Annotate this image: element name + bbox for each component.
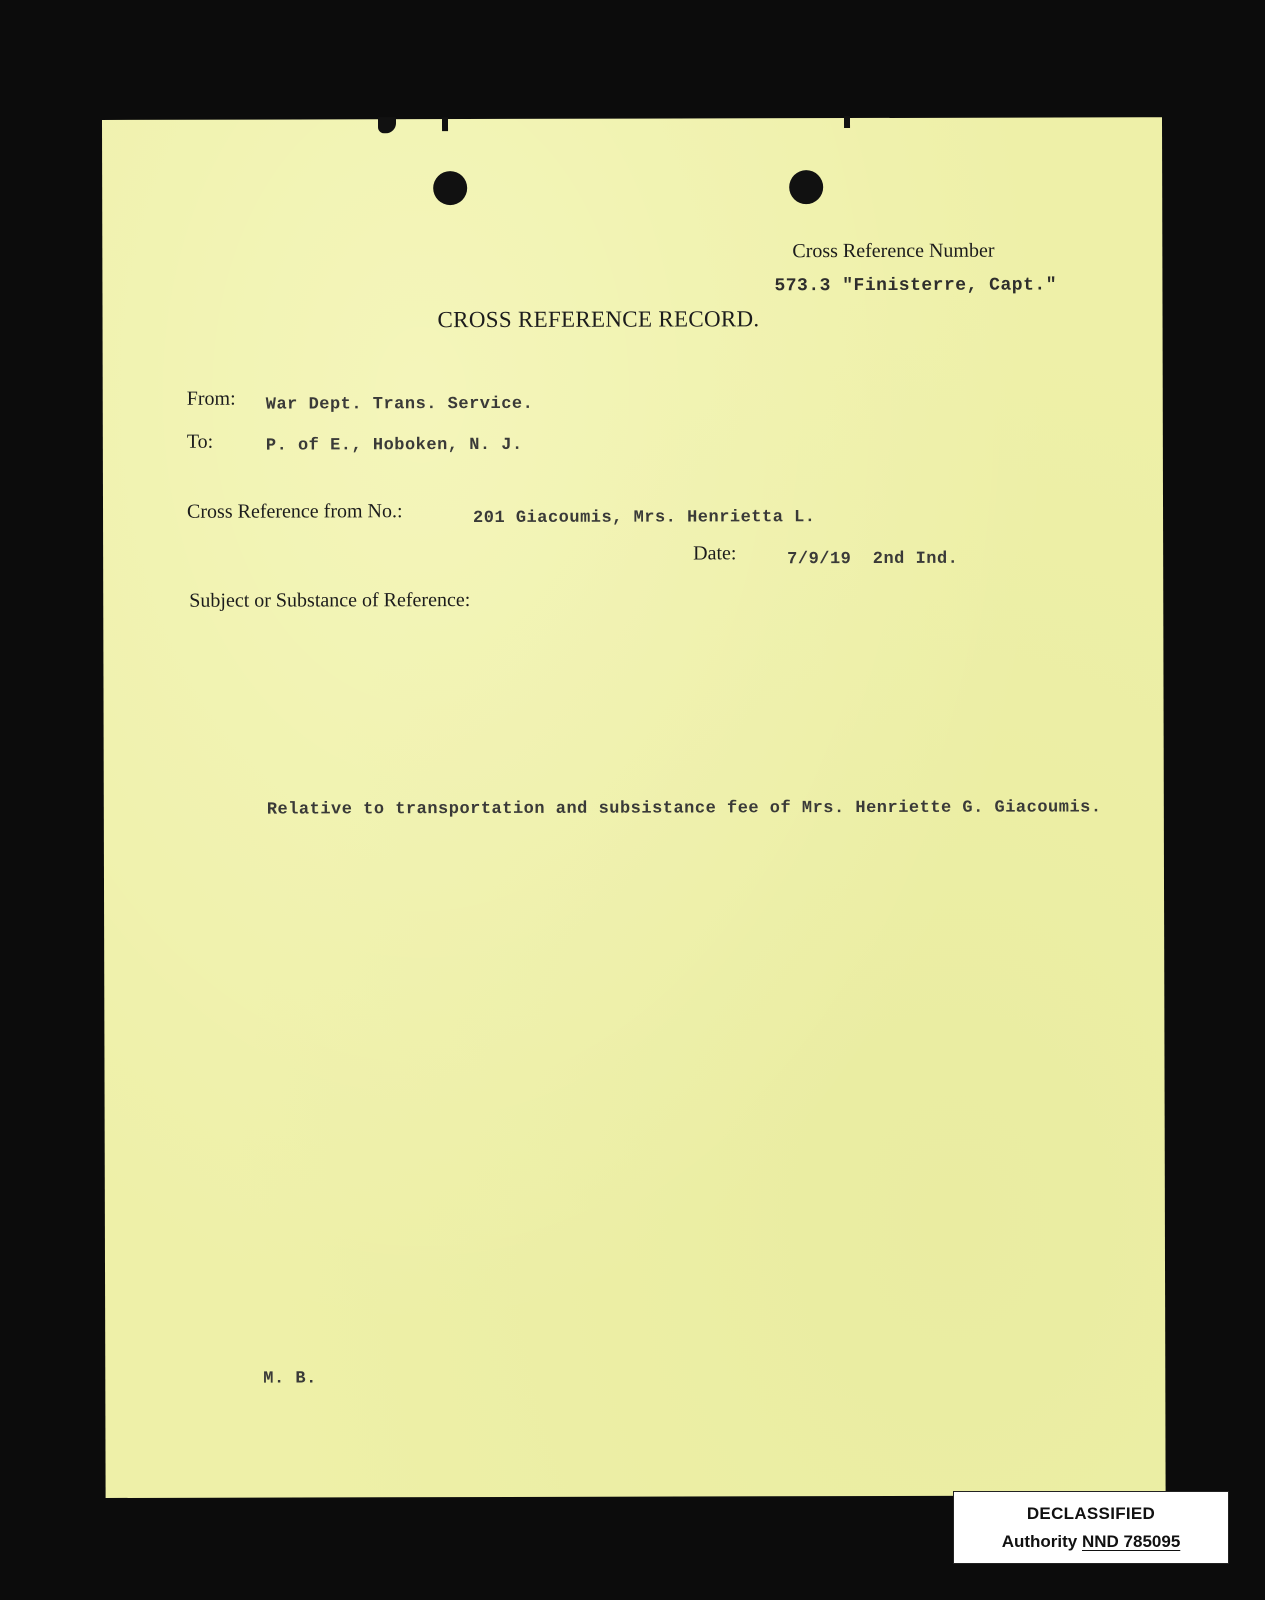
punch-hole-icon (789, 170, 823, 204)
subject-value: Relative to transportation and subsistan… (267, 798, 1102, 819)
subject-label: Subject or Substance of Reference: (189, 589, 470, 613)
declassified-authority: Authority NND 785095 (954, 1532, 1228, 1552)
punch-hole-icon (433, 171, 467, 205)
authority-prefix: Authority (1002, 1532, 1078, 1551)
to-value: P. of E., Hoboken, N. J. (266, 436, 523, 456)
initials: M. B. (263, 1369, 317, 1388)
cross-reference-number-value: 573.3 "Finisterre, Capt." (774, 276, 1057, 297)
torn-edge (378, 117, 396, 133)
cross-reference-number-label: Cross Reference Number (792, 240, 994, 264)
declassified-stamp: DECLASSIFIED Authority NND 785095 (953, 1491, 1229, 1564)
authority-code: NND 785095 (1082, 1532, 1180, 1551)
date-value: 7/9/19 2nd Ind. (787, 550, 958, 569)
record-card: Cross Reference Number 573.3 "Finisterre… (102, 117, 1166, 1498)
declassified-title: DECLASSIFIED (954, 1504, 1228, 1524)
from-label: From: (187, 388, 236, 411)
cross-reference-from-value: 201 Giacoumis, Mrs. Henrietta L. (473, 508, 816, 528)
page-title: CROSS REFERENCE RECORD. (437, 306, 759, 333)
torn-edge (844, 116, 850, 128)
date-label: Date: (693, 542, 736, 565)
torn-edge (442, 117, 448, 131)
to-label: To: (187, 431, 213, 454)
from-value: War Dept. Trans. Service. (266, 395, 534, 415)
cross-reference-from-label: Cross Reference from No.: (187, 500, 403, 524)
